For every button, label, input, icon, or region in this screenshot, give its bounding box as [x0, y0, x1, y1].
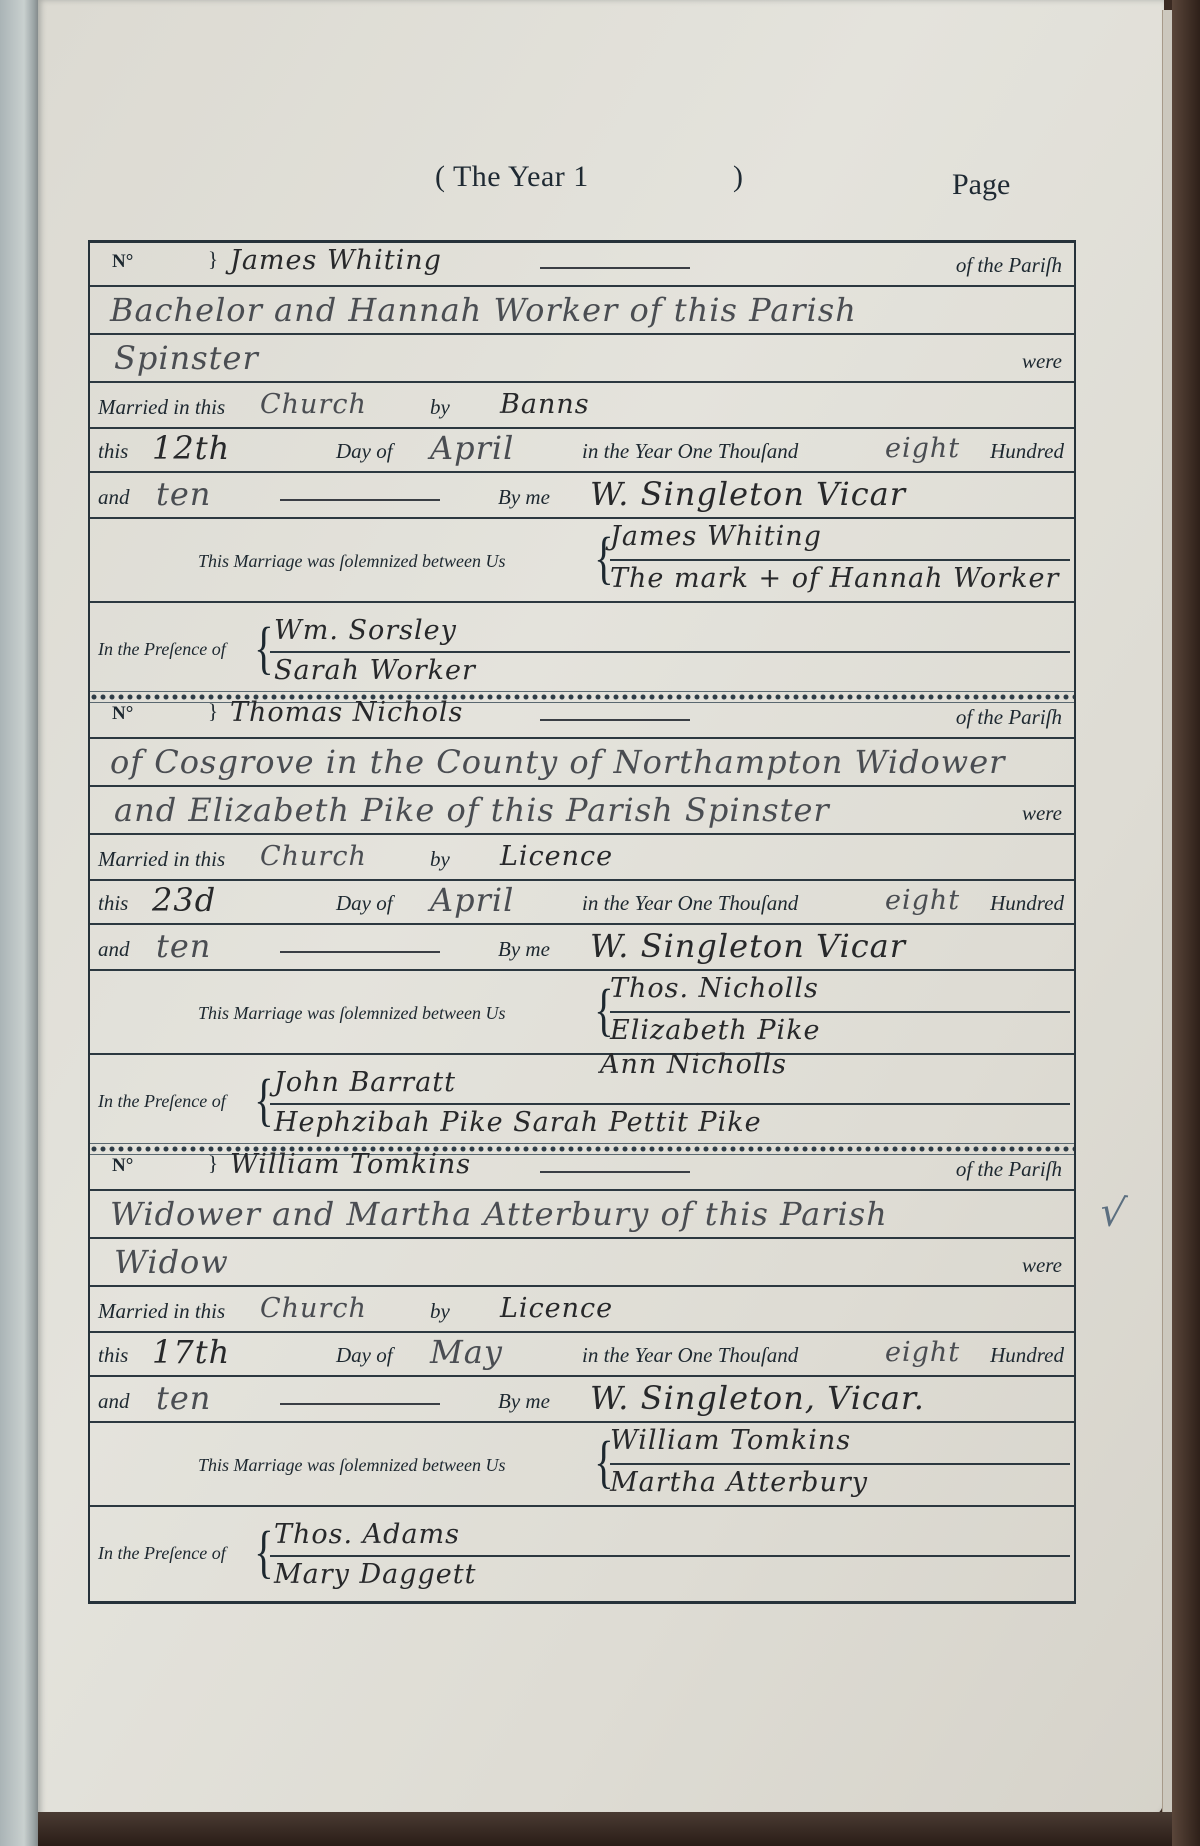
- of-the-parish-label: of the Pariſh: [956, 1157, 1062, 1182]
- witness-line: [270, 1555, 1070, 1557]
- year-word: ten: [156, 475, 211, 513]
- presence-label: In the Preſence of: [98, 1091, 226, 1112]
- row-groom: N° } William Tomkins of the Pariſh: [90, 1147, 1074, 1191]
- groom-name: James Whiting: [230, 245, 442, 276]
- page-label: Page: [952, 168, 1010, 202]
- day-of-label: Day of: [336, 891, 393, 916]
- month: April: [430, 881, 514, 919]
- day-of-label: Day of: [336, 439, 393, 464]
- place: Church: [260, 1293, 367, 1324]
- hundred-label: Hundred: [990, 439, 1064, 464]
- married-label: Married in this: [98, 1299, 225, 1324]
- witness-extra: Ann Nicholls: [600, 1049, 787, 1080]
- this-label: this: [98, 1343, 128, 1368]
- row-presence: Ann Nicholls In the Preſence of { John B…: [90, 1055, 1074, 1145]
- row-description: Bachelor and Hannah Worker of this Paris…: [90, 287, 1074, 335]
- signature-bride: Elizabeth Pike: [610, 1015, 821, 1046]
- row-groom: N° } James Whiting of the Pariſh: [90, 243, 1074, 287]
- signature-groom: James Whiting: [610, 521, 822, 552]
- row-signatures: This Marriage was ſolemnized between Us …: [90, 519, 1074, 603]
- year-phrase-label: in the Year One Thouſand: [582, 891, 798, 916]
- number-label: N°: [112, 251, 133, 273]
- row-officiant: and ten By me W. Singleton Vicar: [90, 925, 1074, 971]
- description-line-2: Widower and Martha Atterbury of this Par…: [110, 1195, 888, 1233]
- filler-dash: [540, 1171, 690, 1173]
- row-description: of Cosgrove in the County of Northampton…: [90, 739, 1074, 787]
- by-label: by: [430, 1299, 450, 1324]
- hundred-label: Hundred: [990, 1343, 1064, 1368]
- description-line-2: Bachelor and Hannah Worker of this Paris…: [110, 291, 857, 329]
- row-groom: N° } Thomas Nichols of the Pariſh: [90, 695, 1074, 739]
- month: April: [430, 429, 514, 467]
- place: Church: [260, 389, 367, 420]
- signature-bride: The mark + of Hannah Worker: [610, 563, 1059, 594]
- and-label: and: [98, 937, 130, 962]
- by-label: by: [430, 395, 450, 420]
- book-binding: [1172, 0, 1200, 1846]
- officiant: W. Singleton Vicar: [590, 475, 906, 513]
- solemnized-label: This Marriage was ſolemnized between Us: [198, 1455, 506, 1476]
- married-label: Married in this: [98, 395, 225, 420]
- day: 12th: [152, 429, 230, 467]
- brace-small: }: [208, 1151, 218, 1176]
- row-presence: In the Preſence of { Thos. Adams Mary Da…: [90, 1507, 1074, 1597]
- of-the-parish-label: of the Pariſh: [956, 705, 1062, 730]
- book-bottom-edge: [38, 1812, 1172, 1846]
- and-label: and: [98, 485, 130, 510]
- description-line-3: Widow: [114, 1243, 229, 1281]
- year-header: ( The Year 1 ): [435, 160, 589, 194]
- row-date: this 12th Day of April in the Year One T…: [90, 429, 1074, 473]
- groom-name: Thomas Nichols: [230, 697, 463, 728]
- year-phrase-label: in the Year One Thouſand: [582, 1343, 798, 1368]
- place: Church: [260, 841, 367, 872]
- brace: {: [254, 1523, 273, 1581]
- this-label: this: [98, 439, 128, 464]
- by-label: by: [430, 847, 450, 872]
- description-line-2: of Cosgrove in the County of Northampton…: [110, 743, 1005, 781]
- witness-1: John Barratt: [274, 1067, 456, 1098]
- left-page-gutter: [0, 0, 40, 1846]
- witness-2: Hephzibah Pike Sarah Pettit Pike: [274, 1107, 762, 1138]
- signature-line: [610, 559, 1070, 561]
- row-married: Married in this Church by Banns: [90, 383, 1074, 429]
- officiant: W. Singleton, Vicar.: [590, 1379, 925, 1417]
- filler-dash: [280, 499, 440, 501]
- marriage-entry-1: N° } James Whiting of the Pariſh Bachelo…: [90, 243, 1074, 693]
- signature-groom: Thos. Nicholls: [610, 973, 819, 1004]
- marriage-method: Licence: [500, 1293, 613, 1324]
- row-description: Widower and Martha Atterbury of this Par…: [90, 1191, 1074, 1239]
- witness-2: Mary Daggett: [274, 1559, 476, 1590]
- brace-small: }: [208, 247, 218, 272]
- presence-label: In the Preſence of: [98, 639, 226, 660]
- and-label: and: [98, 1389, 130, 1414]
- year-word: ten: [156, 1379, 211, 1417]
- year-phrase-label: in the Year One Thouſand: [582, 439, 798, 464]
- solemnized-label: This Marriage was ſolemnized between Us: [198, 1003, 506, 1024]
- groom-name: William Tomkins: [230, 1149, 471, 1180]
- by-me-label: By me: [498, 1389, 550, 1414]
- solemnized-label: This Marriage was ſolemnized between Us: [198, 551, 506, 572]
- row-signatures: This Marriage was ſolemnized between Us …: [90, 971, 1074, 1055]
- century-word: eight: [885, 433, 960, 464]
- marriage-register: N° } James Whiting of the Pariſh Bachelo…: [88, 240, 1076, 1604]
- row-officiant: and ten By me W. Singleton Vicar: [90, 473, 1074, 519]
- row-status: and Elizabeth Pike of this Parish Spinst…: [90, 787, 1074, 835]
- row-married: Married in this Church by Licence: [90, 835, 1074, 881]
- marriage-method: Banns: [500, 389, 590, 420]
- year-close: ): [733, 160, 744, 194]
- filler-dash: [540, 719, 690, 721]
- row-status: Widow were: [90, 1239, 1074, 1287]
- of-the-parish-label: of the Pariſh: [956, 253, 1062, 278]
- signature-groom: William Tomkins: [610, 1425, 851, 1456]
- row-presence: In the Preſence of { Wm. Sorsley Sarah W…: [90, 603, 1074, 693]
- marriage-entry-3: N° } William Tomkins of the Pariſh Widow…: [90, 1147, 1074, 1597]
- hundred-label: Hundred: [990, 891, 1064, 916]
- day: 23d: [152, 881, 216, 919]
- number-label: N°: [112, 1155, 133, 1177]
- witness-1: Wm. Sorsley: [274, 615, 457, 646]
- marriage-entry-2: N° } Thomas Nichols of the Pariſh of Cos…: [90, 695, 1074, 1145]
- row-officiant: and ten By me W. Singleton, Vicar.: [90, 1377, 1074, 1423]
- married-label: Married in this: [98, 847, 225, 872]
- signature-bride: Martha Atterbury: [610, 1467, 868, 1498]
- signature-line: [610, 1463, 1070, 1465]
- witness-line: [270, 651, 1070, 653]
- this-label: this: [98, 891, 128, 916]
- month: May: [430, 1333, 503, 1371]
- brace: {: [254, 1071, 273, 1129]
- were-label: were: [1022, 801, 1062, 826]
- number-label: N°: [112, 703, 133, 725]
- were-label: were: [1022, 349, 1062, 374]
- marriage-method: Licence: [500, 841, 613, 872]
- century-word: eight: [885, 1337, 960, 1368]
- filler-dash: [280, 1403, 440, 1405]
- signature-line: [610, 1011, 1070, 1013]
- witness-2: Sarah Worker: [274, 655, 476, 686]
- century-word: eight: [885, 885, 960, 916]
- brace-small: }: [208, 699, 218, 724]
- by-me-label: By me: [498, 937, 550, 962]
- filler-dash: [280, 951, 440, 953]
- brace: {: [254, 619, 273, 677]
- row-married: Married in this Church by Licence: [90, 1287, 1074, 1333]
- day-of-label: Day of: [336, 1343, 393, 1368]
- description-line-3: Spinster: [114, 339, 259, 377]
- row-date: this 23d Day of April in the Year One Th…: [90, 881, 1074, 925]
- day: 17th: [152, 1333, 230, 1371]
- witness-1: Thos. Adams: [274, 1519, 460, 1550]
- presence-label: In the Preſence of: [98, 1543, 226, 1564]
- officiant: W. Singleton Vicar: [590, 927, 906, 965]
- were-label: were: [1022, 1253, 1062, 1278]
- filler-dash: [540, 267, 690, 269]
- row-signatures: This Marriage was ſolemnized between Us …: [90, 1423, 1074, 1507]
- year-label: ( The Year 1: [435, 160, 589, 193]
- by-me-label: By me: [498, 485, 550, 510]
- row-status: Spinster were: [90, 335, 1074, 383]
- year-word: ten: [156, 927, 211, 965]
- witness-line: [270, 1103, 1070, 1105]
- row-date: this 17th Day of May in the Year One Tho…: [90, 1333, 1074, 1377]
- description-line-3: and Elizabeth Pike of this Parish Spinst…: [114, 791, 830, 829]
